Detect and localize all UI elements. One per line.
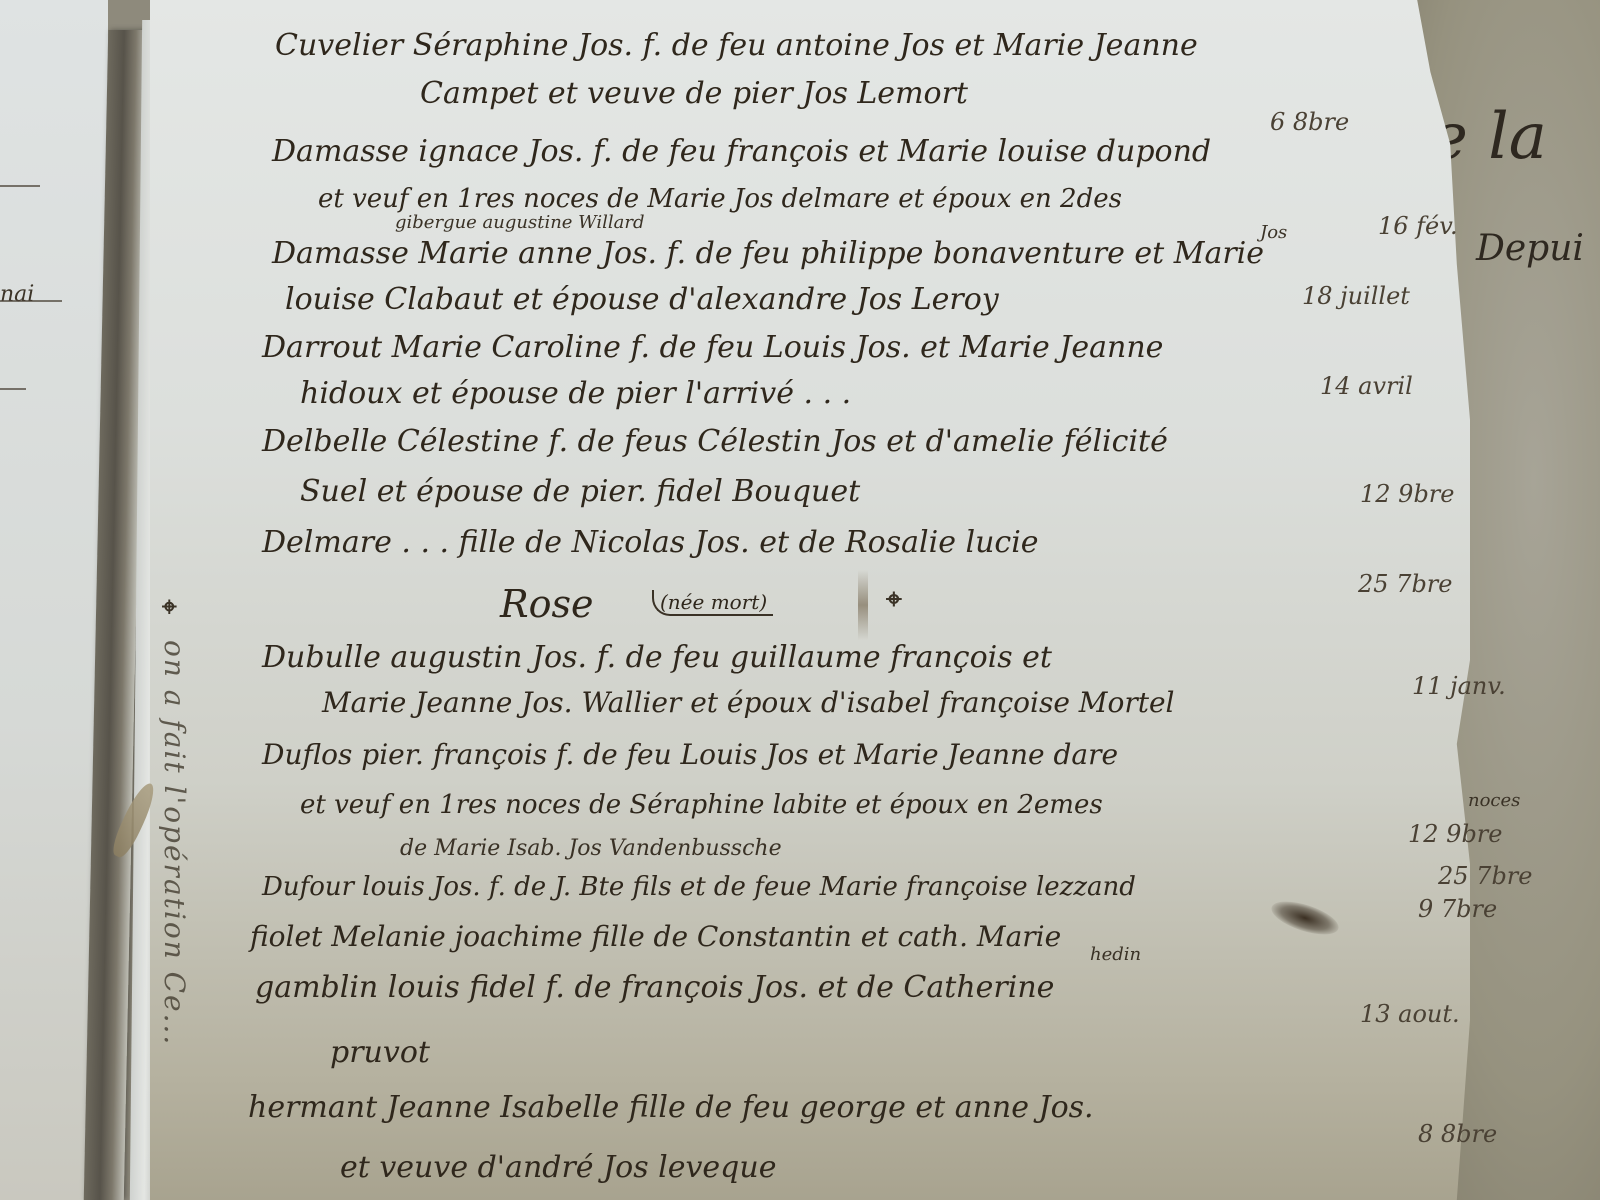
cross-mark-icon: ⌖ [162,592,177,623]
entry-superscript: de Marie Isab. Jos Vandenbussche [400,836,782,861]
entry-line: et veuf en 1res noces de Marie Jos delma… [318,184,1122,214]
entry-line: Darrout Marie Caroline f. de feu Louis J… [262,330,1163,365]
entry-superscript: hedin [1090,944,1141,965]
entry-line: Dufour louis Jos. f. de J. Bte fils et d… [262,872,1136,902]
entry-line: hidoux et épouse de pier l'arrivé . . . [300,376,851,411]
entry-line: fiolet Melanie joachime fille de Constan… [250,920,1061,953]
ink-stain [858,570,868,640]
entry-annotation: (née mort) [652,590,773,616]
entry-superscript: gibergue augustine Willard [395,212,645,233]
entry-line: Cuvelier Séraphine Jos. f. de feu antoin… [275,28,1198,63]
ruled-line [0,300,62,302]
entry-date: 16 fév. [1378,212,1458,240]
entry-date: 14 avril [1320,372,1413,400]
entry-line: Marie Jeanne Jos. Wallier et époux d'isa… [322,686,1175,719]
entry-line: et veuve d'andré Jos leveque [340,1150,776,1185]
entry-line: Campet et veuve de pier Jos Lemort [420,76,968,111]
entry-line: Delbelle Célestine f. de feus Célestin J… [262,424,1168,459]
margin-note: on a fait l'opération Ce... [158,640,191,1046]
entry-date: 25 7bre [1438,862,1532,890]
entry-line: Dubulle augustin Jos. f. de feu guillaum… [262,640,1052,675]
entry-date: 6 8bre [1270,108,1349,136]
entry-date: 13 aout. [1360,1000,1460,1028]
entry-line: pruvot [330,1035,430,1070]
entry-date: 18 juillet [1302,282,1410,310]
entry-date: 12 9bre [1360,480,1454,508]
entry-line: Duflos pier. françois f. de feu Louis Jo… [262,738,1118,771]
entry-date: 25 7bre [1358,570,1452,598]
entry-superscript: Jos [1260,222,1287,243]
entry-superscript: noces [1468,790,1520,811]
entry-line: hermant Jeanne Isabelle fille de feu geo… [248,1090,1094,1125]
entry-line: Damasse ignace Jos. f. de feu françois e… [272,134,1211,169]
ruled-line [0,388,26,390]
entry-line: Delmare . . . fille de Nicolas Jos. et d… [262,525,1039,560]
entry-date: 8 8bre [1418,1120,1497,1148]
underlying-page-fragment: Depui [1476,228,1584,269]
cross-mark-icon: ⌖ [886,582,902,616]
register-page [150,0,1470,1200]
entry-line: Rose [500,582,593,626]
entry-line: Damasse Marie anne Jos. f. de feu philip… [272,236,1264,271]
left-page-fragment: nai [0,282,34,307]
entry-date: 11 janv. [1412,672,1506,700]
entry-date: 9 7bre [1418,895,1497,923]
entry-line: Suel et épouse de pier. fidel Bouquet [300,474,860,509]
ruled-line [0,185,40,187]
entry-line: louise Clabaut et épouse d'alexandre Jos… [285,282,999,317]
entry-date: 12 9bre [1408,820,1502,848]
entry-line: et veuf en 1res noces de Séraphine labit… [300,790,1103,820]
entry-line: gamblin louis fidel f. de françois Jos. … [255,970,1054,1005]
